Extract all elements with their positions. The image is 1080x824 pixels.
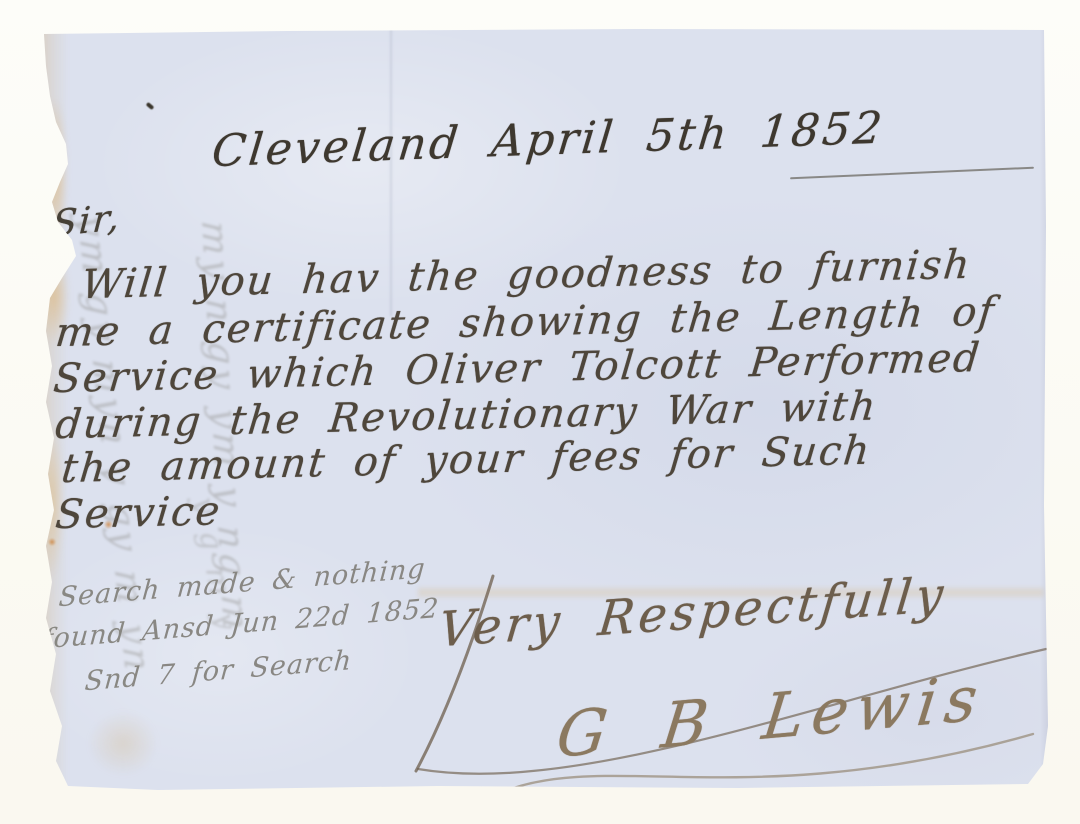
salutation: Sir, bbox=[51, 197, 122, 246]
right-edge-shading bbox=[1040, 26, 1050, 792]
closing: Very Respectfully bbox=[436, 566, 950, 658]
signature: G B Lewis bbox=[553, 661, 990, 772]
scanned-letter-background: ym gy myn y gy m yn my n gy ym y ng m y … bbox=[0, 0, 1080, 824]
ink-fleck bbox=[146, 102, 155, 110]
letter-paper: ym gy myn y gy m yn my n gy ym y ng m y … bbox=[38, 26, 1050, 792]
paper-stain bbox=[88, 711, 158, 776]
dateline: Cleveland April 5th 1852 bbox=[210, 103, 888, 178]
dateline-flourish-stroke bbox=[790, 167, 1034, 180]
body-line: Service bbox=[53, 488, 223, 538]
foxing-spot bbox=[48, 538, 56, 546]
